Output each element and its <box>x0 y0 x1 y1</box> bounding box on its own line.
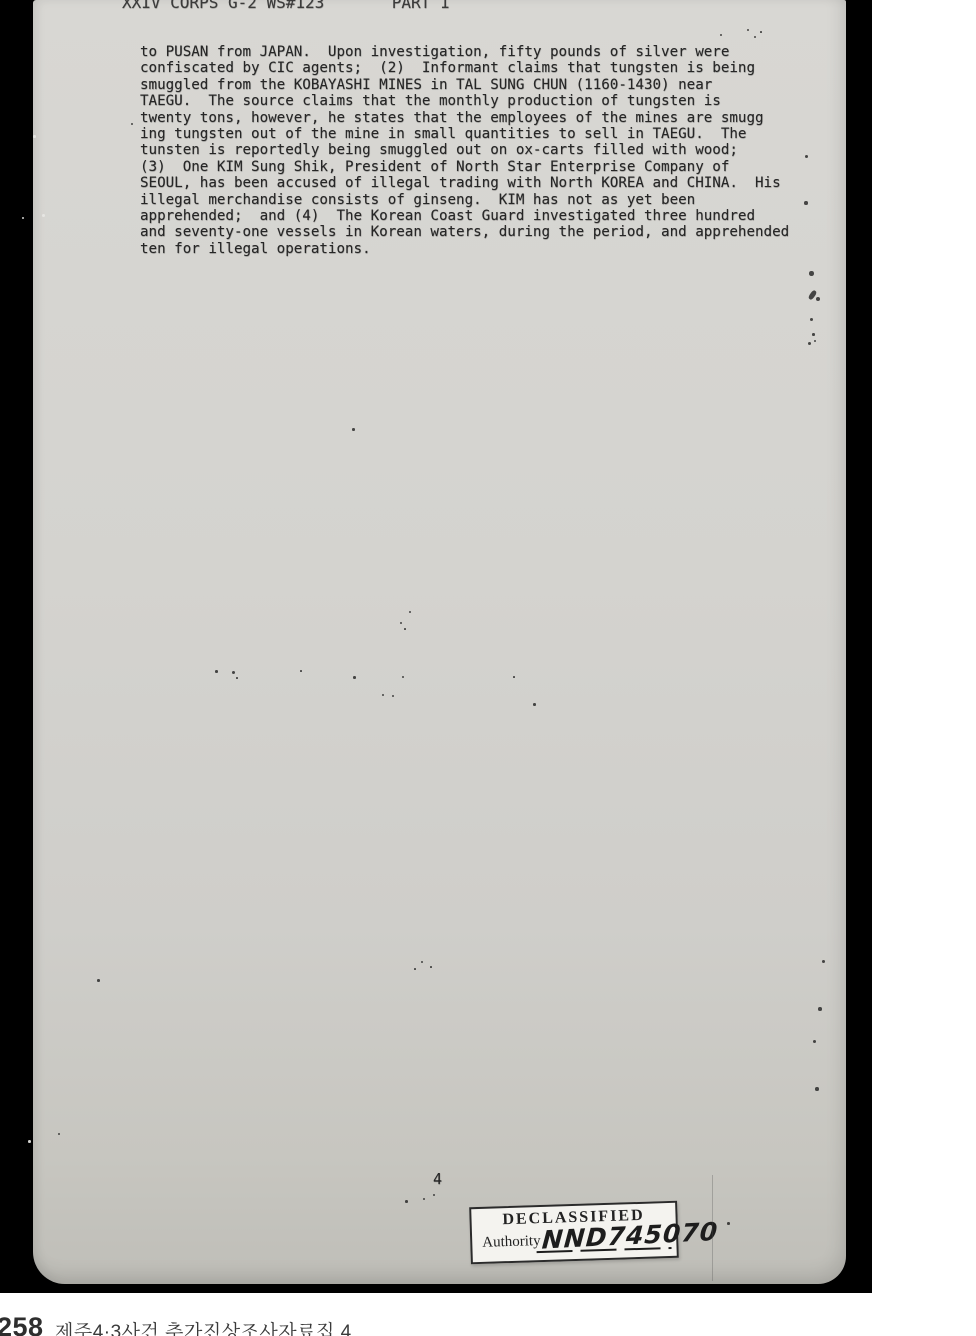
ink-speck <box>352 428 355 431</box>
ink-speck <box>815 1087 819 1091</box>
ink-speck <box>727 1222 730 1225</box>
ink-speck <box>236 677 238 679</box>
document-paper: XXIV CORPS G-2 WS#123 PART 1 to PUSAN fr… <box>33 0 846 1284</box>
ink-speck <box>58 1133 60 1135</box>
book-caption: 258 제주4·3사건 추가진상조사자료집 4 <box>0 1310 976 1336</box>
ink-speck <box>809 271 814 276</box>
document-body-text: to PUSAN from JAPAN. Upon investigation,… <box>140 44 789 257</box>
ink-speck <box>353 676 356 679</box>
ink-speck <box>812 333 815 336</box>
ink-speck <box>97 979 100 982</box>
ink-speck <box>818 1007 822 1011</box>
ink-speck <box>430 966 432 968</box>
ink-speck <box>215 670 218 673</box>
ink-speck <box>816 297 820 301</box>
dust-speck <box>33 135 36 138</box>
declassified-stamp: DECLASSIFIED Authority NND745070 <box>469 1201 679 1265</box>
ink-speck <box>423 1198 425 1200</box>
dust-speck <box>28 1140 31 1143</box>
document-header: XXIV CORPS G-2 WS#123 PART 1 <box>122 0 450 12</box>
dust-speck <box>42 214 45 217</box>
ink-speck <box>404 628 406 630</box>
ink-speck <box>810 318 813 321</box>
ink-speck <box>382 694 384 696</box>
document-page-number: 4 <box>433 1170 442 1188</box>
scanned-document-photo: XXIV CORPS G-2 WS#123 PART 1 to PUSAN fr… <box>0 0 872 1293</box>
ink-speck <box>804 201 808 205</box>
ink-speck <box>533 703 536 706</box>
ink-speck <box>409 611 411 613</box>
ink-speck <box>300 670 302 672</box>
ink-speck <box>414 968 416 970</box>
paper-crease-line <box>712 1175 713 1281</box>
ink-speck <box>400 622 402 624</box>
ink-speck <box>805 155 808 158</box>
ink-speck <box>232 671 235 674</box>
ink-speck <box>754 36 756 38</box>
dust-speck <box>22 217 24 219</box>
ink-speck <box>814 340 816 342</box>
ink-speck <box>402 676 404 678</box>
ink-speck <box>392 695 394 697</box>
book-caption-title: 제주4·3사건 추가진상조사자료집 4 <box>55 1317 352 1336</box>
ink-speck <box>822 960 825 963</box>
ink-speck <box>760 31 762 33</box>
ink-speck <box>433 1194 435 1196</box>
ink-speck <box>720 34 722 36</box>
book-page-number: 258 <box>0 1312 44 1336</box>
stamp-authority-label: Authority <box>482 1224 541 1252</box>
ink-speck <box>405 1200 408 1203</box>
ink-speck <box>131 123 133 125</box>
ink-speck <box>421 961 423 963</box>
ink-speck <box>747 29 749 31</box>
ink-speck <box>813 1040 816 1043</box>
ink-speck <box>513 676 515 678</box>
ink-speck <box>808 342 811 345</box>
